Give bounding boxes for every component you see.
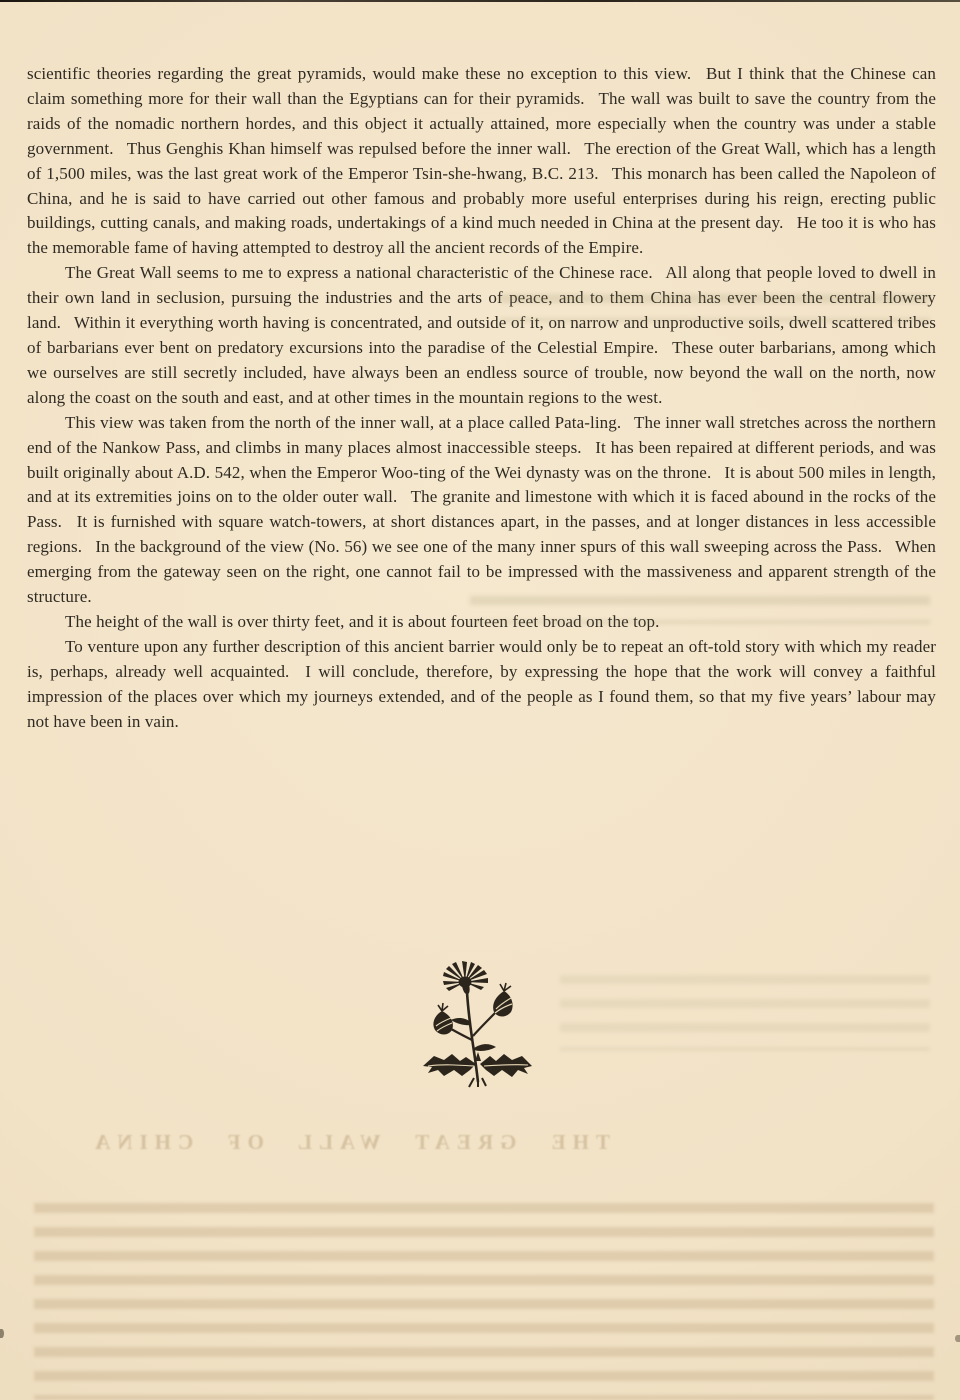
paragraph: To venture upon any further description … [27, 635, 936, 735]
body-text: scientific theories regarding the great … [27, 62, 936, 734]
scanned-book-page: { "document": { "paragraphs": [ { "text"… [0, 0, 960, 1400]
paragraph: The Great Wall seems to me to express a … [27, 261, 936, 410]
showthrough-text-lines [34, 1203, 934, 1400]
flower-ornament [418, 960, 540, 1088]
showthrough-smudge [470, 596, 930, 624]
page-edge-speck [0, 1329, 4, 1338]
showthrough-smudge [500, 294, 930, 322]
paragraph: scientific theories regarding the great … [27, 62, 936, 261]
showthrough-smudge [560, 975, 930, 1051]
page-top-edge [0, 0, 960, 2]
cornflower-woodcut-icon [418, 960, 540, 1088]
page-edge-speck [955, 1335, 960, 1342]
showthrough-heading: THE GREAT WALL OF CHINA [150, 1130, 610, 1155]
paragraph: This view was taken from the north of th… [27, 411, 936, 610]
